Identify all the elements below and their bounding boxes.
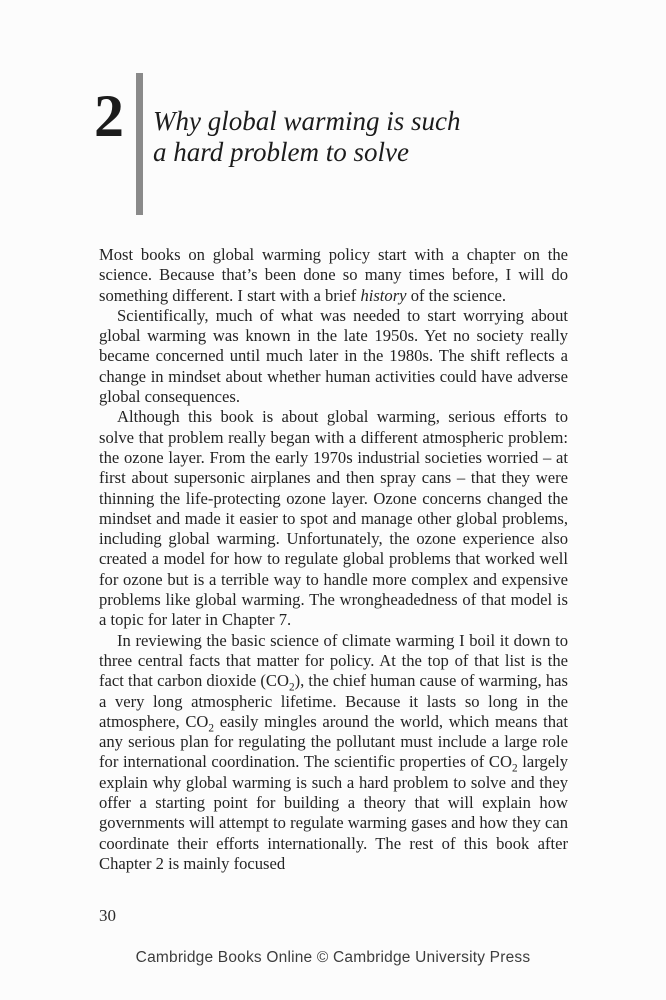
chapter-title-line1: Why global warming is such [153,106,461,136]
chapter-number: 2 [94,86,123,146]
chapter-title-line2: a hard problem to solve [153,137,409,167]
paragraph: Although this book is about global warmi… [99,407,568,630]
text-segment: Scientifically, much of what was needed … [99,306,568,406]
paragraph: In reviewing the basic science of climat… [99,631,568,875]
copyright-line: Cambridge Books Online © Cambridge Unive… [0,949,666,967]
book-page: 2 Why global warming is such a hard prob… [0,0,666,1000]
text-segment: Although this book is about global warmi… [99,407,568,629]
chapter-divider-bar [136,73,143,215]
page-number: 30 [99,906,116,926]
chapter-title: Why global warming is such a hard proble… [153,106,461,168]
emphasis-text: history [360,286,406,305]
body-text: Most books on global warming policy star… [99,245,568,874]
paragraph: Most books on global warming policy star… [99,245,568,306]
paragraph: Scientifically, much of what was needed … [99,306,568,407]
text-segment: of the science. [407,286,507,305]
